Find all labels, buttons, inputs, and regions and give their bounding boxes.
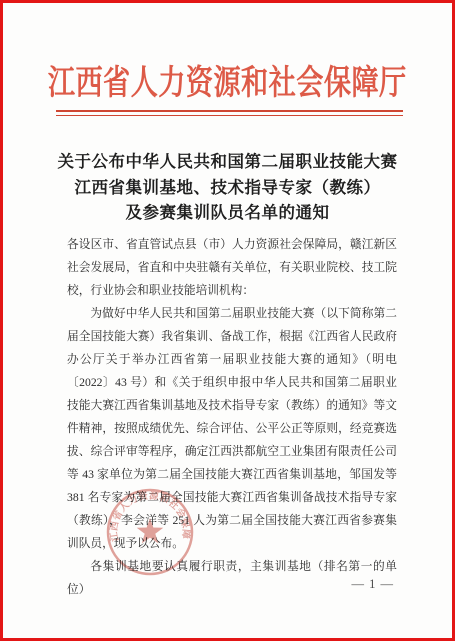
recipients-paragraph: 各设区市、省直管试点县（市）人力资源社会保障局，赣江新区社会发展局，省直和中央驻… [67, 233, 397, 302]
notice-title-line-2: 江西省集训基地、技术指导专家（教练） [3, 175, 452, 201]
letterhead: 江西省人力资源和社会保障厅 [3, 55, 452, 104]
letterhead-text: 江西省人力资源和社会保障厅 [48, 55, 407, 104]
notice-title: 关于公布中华人民共和国第二届职业技能大赛 江西省集训基地、技术指导专家（教练） … [3, 149, 452, 226]
document-body: 各设区市、省直管试点县（市）人力资源社会保障局，赣江新区社会发展局，省直和中央驻… [67, 233, 397, 601]
letterhead-rule [56, 110, 403, 116]
notice-title-line-3: 及参赛集训队员名单的通知 [3, 200, 452, 226]
page-number: — 1 — [3, 577, 394, 592]
document-page: 江西省人力资源和社会保障厅 关于公布中华人民共和国第二届职业技能大赛 江西省集训… [0, 0, 455, 641]
main-paragraph: 为做好中华人民共和国第二届职业技能大赛（以下简称第二届全国技能大赛）我省集训、备… [67, 302, 397, 555]
notice-title-line-1: 关于公布中华人民共和国第二届职业技能大赛 [3, 149, 452, 175]
